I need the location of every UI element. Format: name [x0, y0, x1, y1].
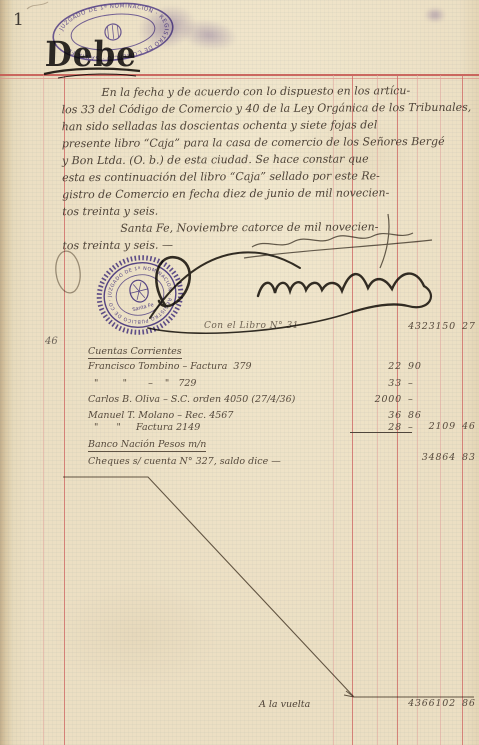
subtotal-rule: [350, 432, 412, 433]
page-number: 1: [13, 10, 24, 30]
amount-cents: 27: [462, 321, 478, 332]
court-stamp-top: · JUZGADO DE 1ª NOMINACION · REGISTRO DE…: [45, 0, 181, 70]
amount-pesos: 4366102: [402, 698, 456, 709]
body-text: En la fecha y de acuerdo con lo dispuest…: [61, 82, 468, 254]
ledger-entry: Francisco Tombino – Factura 379: [88, 361, 252, 372]
footer-amount: 4366102 86: [402, 698, 478, 709]
carry-forward-amount: 4323150 27: [402, 321, 478, 332]
ledger-entry: " " – " 729: [88, 378, 196, 389]
amount-cents: 46: [462, 421, 478, 432]
bank-amount: 34864 83: [402, 452, 478, 463]
folio-margin-number: 46: [45, 336, 58, 347]
amount-pesos: 33: [348, 378, 402, 389]
stamp-banner-text: Santa Fe: [132, 302, 155, 313]
carry-forward-label: Con el Libro N° 31: [204, 321, 299, 331]
ruled-line-top-2: [0, 78, 479, 79]
ledger-page: 1 Debe · JUZGADO DE 1ª NOMINACION · REGI…: [0, 0, 479, 745]
entry-amount: 33 –: [348, 378, 424, 389]
entry-amount: 36 86: [348, 410, 424, 421]
amount-pesos: 2109: [402, 421, 456, 432]
subtotal-amount: 2109 46: [402, 421, 478, 432]
amount-pesos: 2000: [348, 394, 402, 405]
svg-text:· JUZGADO DE 1ª NOMINACION · R: · JUZGADO DE 1ª NOMINACION · REGISTRO PU…: [83, 242, 179, 336]
amount-cents: 86: [462, 698, 478, 709]
amount-cents: 83: [462, 452, 478, 463]
ink-smudge: [424, 7, 446, 23]
ledger-entry: Cheques s/ cuenta N° 327, saldo dice —: [88, 456, 281, 467]
amount-pesos: 22: [348, 361, 402, 372]
body-line-dateline: tos treinta y seis. —: [62, 235, 468, 254]
body-line: presente libro “Caja” para la casa de co…: [62, 133, 468, 152]
court-stamp-mid: Santa Fe · JUZGADO DE 1ª NOMINACION · RE…: [83, 242, 197, 349]
section-title: Cuentas Corrientes: [88, 346, 182, 359]
stamp-ring-text: · JUZGADO DE 1ª NOMINACION · REGISTRO PU…: [83, 242, 179, 336]
pencil-oval-mark: [54, 250, 83, 295]
amount-pesos: 34864: [402, 452, 456, 463]
paper-stain: [50, 580, 220, 690]
section-title-row: Banco Nación Pesos m/n: [88, 439, 206, 450]
amount-cents: 86: [408, 410, 424, 421]
amount-cents: –: [408, 378, 424, 389]
section-title: Banco Nación Pesos m/n: [88, 439, 206, 452]
amount-cents: 90: [408, 361, 424, 372]
section-title-row: Cuentas Corrientes: [88, 346, 182, 357]
entry-amount: 22 90: [348, 361, 424, 372]
amount-cents: –: [408, 394, 424, 405]
ledger-entry: Manuel T. Molano – Rec. 4567: [88, 410, 233, 421]
amount-pesos: 36: [348, 410, 402, 421]
body-line: los 33 del Código de Comercio y 40 de la…: [62, 99, 468, 118]
footer-note: A la vuelta: [259, 699, 310, 710]
entry-amount: 2000 –: [348, 394, 424, 405]
ledger-entry: " " Factura 2149: [88, 422, 200, 433]
ink-smudge: [178, 16, 240, 54]
void-cancellation-line: [63, 477, 474, 697]
amount-pesos: 4323150: [402, 321, 456, 332]
ruled-line-margin-faint: [43, 75, 44, 745]
ledger-entry: Carlos B. Oliva – S.C. orden 4050 (27/4/…: [88, 394, 295, 405]
